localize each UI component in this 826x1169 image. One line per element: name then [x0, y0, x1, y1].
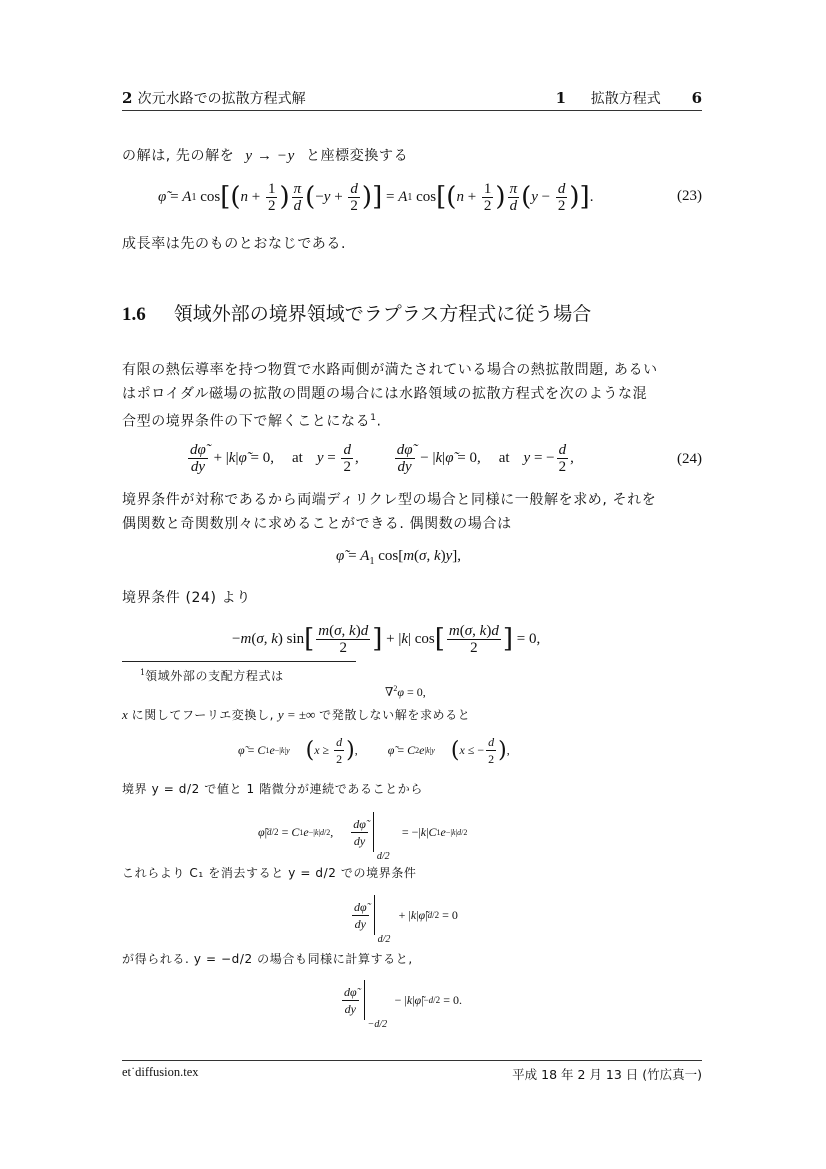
paragraph-from-bc: 境界条件 (24) より [122, 587, 251, 607]
text: で発散しない解を求めると [319, 708, 470, 722]
equation-boundary-condition: −m(σ, k) sin [m(σ, k)d2] + |k| cos [m(σ,… [232, 614, 540, 664]
footnote-intro: 1領域外部の支配方程式は [140, 667, 284, 684]
equation-23: φ̃ = A1 cos [(n + 12) πd (−y + d2)] = A1… [158, 172, 593, 222]
header-chapter-number: 2 [122, 89, 132, 107]
text: の解は, 先の解を [122, 148, 234, 164]
text-line: 境界条件が対称であるから両端ディリクレ型の場合と同様に一般解を求め, それを [122, 488, 656, 512]
header-section-number: 1 [556, 89, 566, 107]
document-page: 2 次元水路での拡散方程式解 1 拡散方程式 6 の解は, 先の解を y → −… [0, 0, 826, 1169]
text-line: はポロイダル磁場の拡散の問題の場合には水路領域の拡散方程式を次のような混 [122, 382, 712, 406]
at-label: at [292, 450, 303, 467]
header-chapter-text: 次元水路での拡散方程式解 [138, 91, 306, 107]
text-line: 有限の熱伝導率を持つ物質で水路両側が満たされている場合の熱拡散問題, あるい [122, 358, 712, 382]
math-inline: x [122, 707, 128, 722]
footnote-rule [122, 661, 356, 662]
running-header: 2 次元水路での拡散方程式解 1 拡散方程式 6 [122, 88, 702, 111]
footnote-mark[interactable]: 1 [370, 413, 376, 423]
equation-number-24: (24) [677, 451, 702, 468]
section-title: 領域外部の境界領域でラプラス方程式に従う場合 [174, 303, 591, 325]
footer-filename: et˙diffusion.tex [122, 1065, 199, 1080]
equation-exterior-solutions: φ̃ = C1e−|k|y (x ≥ d2), φ̃ = C2e|k|y (x … [238, 730, 510, 770]
equation-laplace: ∇2φ = 0, [385, 684, 426, 700]
text: と座標変換する [306, 148, 408, 164]
footer-date-author: 平成 18 年 2 月 13 日 (竹広真一) [512, 1065, 702, 1083]
header-chapter-title: 2 次元水路での拡散方程式解 [122, 88, 306, 108]
at-label: at [499, 450, 510, 467]
page-number: 6 [692, 89, 702, 107]
footnote-fourier: x に関してフーリエ変換し, y = ±∞ で発散しない解を求めると [122, 706, 470, 723]
text-line: 合型の境界条件の下で解くことになる [122, 414, 370, 430]
section-number: 1.6 [122, 304, 146, 325]
math-inline: y = ±∞ [278, 707, 315, 722]
footnote-negative-case: が得られる. y = −d/2 の場合も同様に計算すると, [122, 950, 413, 967]
text: 領域外部の支配方程式は [145, 669, 284, 683]
equation-bc-positive: dφ̃dyd/2 + |k|φ̃|d/2 = 0 [350, 893, 458, 937]
text: に関してフーリエ変換し, [132, 708, 274, 722]
math-inline: y → −y [245, 148, 295, 164]
equation-24: dφ̃dy + |k|φ̃ = 0, at y = d2, dφ̃dy − |k… [186, 436, 574, 480]
equation-number-23: (23) [677, 188, 702, 205]
paragraph-growth-rate: 成長率は先のものとおなじである. [122, 233, 346, 253]
header-section: 1 拡散方程式 6 [556, 88, 702, 108]
section-heading: 1.6 領域外部の境界領域でラプラス方程式に従う場合 [122, 299, 591, 326]
footnote-eliminate: これらより C₁ を消去すると y = d/2 での境界条件 [122, 864, 417, 881]
equation-continuity: φ̃|d/2 = C1e−|k|d/2, dφ̃dyd/2 = −|k|C1e−… [258, 810, 467, 854]
paragraph-intro: 有限の熱伝導率を持つ物質で水路両側が満たされている場合の熱拡散問題, あるい は… [122, 358, 712, 434]
paragraph-transform: の解は, 先の解を y → −y と座標変換する [122, 145, 408, 165]
equation-bc-negative: dφ̃dy−d/2 − |k|φ̃|−d/2 = 0. [340, 978, 462, 1022]
footnote-continuity: 境界 y = d/2 で値と 1 階微分が連続であることから [122, 780, 423, 797]
paragraph-parity: 境界条件が対称であるから両端ディリクレ型の場合と同様に一般解を求め, それを 偶… [122, 488, 656, 536]
equation-even-solution: φ̃ = A1 cos[m(σ, k)y], [336, 548, 461, 567]
text-line: 偶関数と奇関数別々に求めることができる. 偶関数の場合は [122, 512, 656, 536]
header-section-title: 拡散方程式 [591, 91, 661, 107]
footer-rule [122, 1060, 702, 1061]
